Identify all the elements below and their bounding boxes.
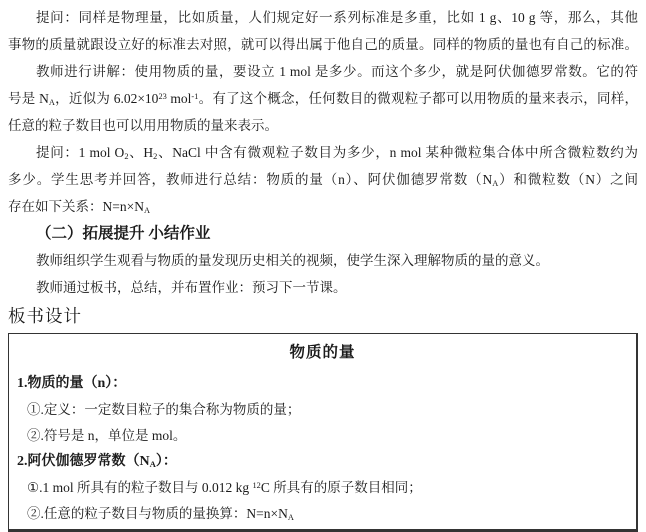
board-design-section-title: 板书设计: [8, 301, 638, 331]
paragraph-line: 号是 NA，近似为 6.02×1023 mol-1。有了这个概念，任何数目的微观…: [8, 85, 638, 112]
paragraph-line: 任意的粒子数目也可以用用物质的量来表示。: [8, 112, 638, 139]
board-item-2-point-1: ①.1 mol 所具有的粒子数目与 0.012 kg 12C 所具有的原子数目相…: [17, 475, 628, 501]
paragraph-line: 教师通过板书，总结，并布置作业：预习下一节课。: [8, 274, 638, 301]
paragraph-line: 事物的质量就跟设立好的标准去对照，就可以得出属于他自己的质量。同样的物质的量也有…: [8, 31, 638, 58]
paragraph-line: 教师进行讲解：使用物质的量，要设立 1 mol 是多少。而这个多少，就是阿伏伽德…: [8, 58, 638, 85]
paragraph-line: 多少。学生思考并回答，教师进行总结：物质的量（n）、阿伏伽德罗常数（NA）和微粒…: [8, 166, 638, 193]
board-item-1-point-2: ②.符号是 n，单位是 mol。: [17, 423, 628, 449]
paragraph-line: 提问：1 mol O2、H2、NaCl 中含有微观粒子数目为多少，n mol 某…: [8, 139, 638, 166]
board-item-2-point-2: ②.任意的粒子数目与物质的量换算：N=n×NA: [17, 501, 628, 527]
section-heading-expand-summary: （二）拓展提升 小结作业: [8, 220, 638, 247]
paragraph-line: 存在如下关系：N=n×NA: [8, 193, 638, 220]
paragraph-line: 提问：同样是物理量，比如质量，人们规定好一系列标准是多重，比如 1 g、10 g…: [8, 4, 638, 31]
board-title: 物质的量: [17, 340, 628, 366]
paragraph-line: 教师组织学生观看与物质的量发现历史相关的视频，使学生深入理解物质的量的意义。: [8, 247, 638, 274]
board-item-1-point-1: ①.定义：一定数目粒子的集合称为物质的量；: [17, 397, 628, 423]
board-item-2-heading: 2.阿伏伽德罗常数（NA）：: [17, 449, 628, 475]
board-item-1-heading: 1.物质的量（n）：: [17, 371, 628, 397]
lesson-plan-document: 提问：同样是物理量，比如质量，人们规定好一系列标准是多重，比如 1 g、10 g…: [0, 0, 646, 532]
board-design-box: 物质的量 1.物质的量（n）： ①.定义：一定数目粒子的集合称为物质的量； ②.…: [8, 333, 638, 532]
